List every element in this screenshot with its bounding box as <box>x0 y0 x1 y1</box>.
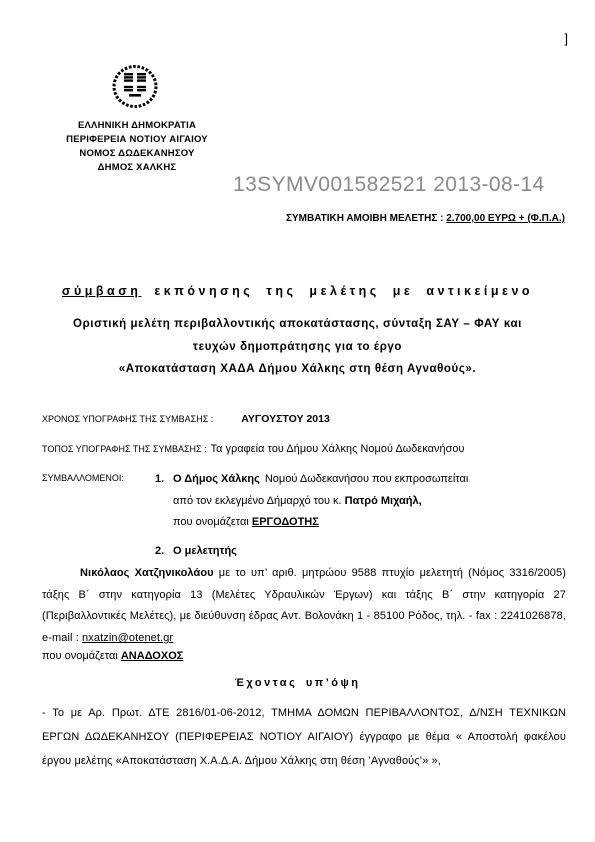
employer-line1-rest: Νομού Δωδεκανήσου που εκπροσωπείται <box>265 473 468 485</box>
title-rest: εκπόνησης της μελέτης με αντικείμενο <box>141 284 533 298</box>
contractor-term: ΑΝΑΔΟΧΟΣ <box>121 650 184 662</box>
signing-place-row: ΤΟΠΟΣ ΥΠΟΓΡΑΦΗΣ ΤΗΣ ΣΥΜΒΑΣΗΣ :Τα γραφεία… <box>42 443 465 455</box>
employer-name: Ο Δήμος Χάλκης <box>173 473 260 485</box>
contractor-term-pre: που ονομάζεται <box>42 650 121 662</box>
email-link[interactable]: nxatzin@otenet.gr <box>82 632 173 644</box>
subtitle-line-1: Οριστική μελέτη περιβαλλοντικής αποκατάσ… <box>25 313 570 336</box>
signing-place-value: Τα γραφεία του Δήμου Χάλκης Νομού Δωδεκα… <box>211 443 465 455</box>
party-employer-line-3: που ονομάζεται ΕΡΓΟΔΟΤΗΣ <box>173 512 468 534</box>
reference-paragraph: - Το με Αρ. Πρωτ. ΔΤΕ 2816/01-06-2012, Τ… <box>42 701 566 773</box>
agency-line-republic: ΕΛΛΗΝΙΚΗ ΔΗΜΟΚΡΑΤΙΑ <box>37 119 237 133</box>
agency-line-region: ΠΕΡΙΦΕΡΕΙΑ ΝΟΤΙΟΥ ΑΙΓΑΙΟΥ <box>37 133 237 147</box>
title-keyword: σύμβαση <box>62 284 141 298</box>
having-in-mind-heading: Έχοντας υπ’όψη <box>0 677 595 689</box>
mayor-line-pre: από τον εκλεγμένο Δήμαρχό του κ. <box>173 495 345 507</box>
signing-place-label: ΤΟΠΟΣ ΥΠΟΓΡΑΦΗΣ ΤΗΣ ΣΥΜΒΑΣΗΣ : <box>42 444 207 454</box>
employer-term-pre: που ονομάζεται <box>173 516 252 528</box>
signing-time-value: ΑΥΓΟΥΣΤΟΥ 2013 <box>241 413 330 425</box>
party-item-employer: 1. Ο Δήμος ΧάλκηςΝομού Δωδεκανήσου που ε… <box>155 469 560 534</box>
document-page: ] ΕΛΛΗΝΙΚΗ ΔΗΜΟΚΡΑΤΙΑ ΠΕΡΙΦΕΡΕΙΑ ΝΟΤΙΟΥ … <box>0 0 595 842</box>
fee-label: ΣΥΜΒΑΤΙΚΗ ΑΜΟΙΒΗ ΜΕΛΕΤΗΣ : <box>286 213 446 224</box>
employer-term: ΕΡΓΟΔΟΤΗΣ <box>252 516 319 528</box>
agency-line-prefecture: ΝΟΜΟΣ ΔΩΔΕΚΑΝΗΣΟΥ <box>37 147 237 161</box>
parties-label: ΣΥΜΒΑΛΛΟΜΕΝΟΙ: <box>42 473 124 483</box>
fee-line: ΣΥΜΒΑΤΙΚΗ ΑΜΟΙΒΗ ΜΕΛΕΤΗΣ : 2.700,00 ΕΥΡΩ… <box>286 213 565 224</box>
fee-value: 2.700,00 ΕΥΡΩ + (Φ.Π.Α.) <box>446 213 565 224</box>
contract-title: σύμβαση εκπόνησης της μελέτης με αντικεί… <box>0 284 595 298</box>
subtitle-line-2: τευχών δημοπράτησης για το έργο <box>25 336 570 359</box>
party-employer-line-1: Ο Δήμος ΧάλκηςΝομού Δωδεκανήσου που εκπρ… <box>173 469 468 491</box>
subtitle-line-3: «Αποκατάσταση ΧΑΔΑ Δήμου Χάλκης στη θέση… <box>25 358 570 381</box>
contractor-designation-line: που ονομάζεται ΑΝΑΔΟΧΟΣ <box>42 650 183 662</box>
signing-time-row: ΧΡΟΝΟΣ ΥΠΟΓΡΑΦΗΣ ΤΗΣ ΣΥΜΒΑΣΗΣ :ΑΥΓΟΥΣΤΟΥ… <box>42 413 330 425</box>
greek-republic-emblem-icon <box>111 64 159 110</box>
agency-block: ΕΛΛΗΝΙΚΗ ΔΗΜΟΚΡΑΤΙΑ ΠΕΡΙΦΕΡΕΙΑ ΝΟΤΙΟΥ ΑΙ… <box>37 119 237 175</box>
party-number-2: 2. <box>155 541 173 563</box>
party-employer-line-2: από τον εκλεγμένο Δήμαρχό του κ. Πατρό Μ… <box>173 491 468 513</box>
consultant-role-title: Ο μελετητής <box>173 541 237 563</box>
party-employer-text: Ο Δήμος ΧάλκηςΝομού Δωδεκανήσου που εκπρ… <box>173 469 468 534</box>
consultant-name: Νικόλαος Χατζηνικολάου <box>80 567 214 579</box>
corner-bracket-mark: ] <box>564 31 568 46</box>
signing-time-label: ΧΡΟΝΟΣ ΥΠΟΓΡΑΦΗΣ ΤΗΣ ΣΥΜΒΑΣΗΣ : <box>42 414 213 424</box>
consultant-paragraph: Νικόλαος Χατζηνικολάου με το υπ’ αριθ. μ… <box>42 563 566 650</box>
agency-line-municipality: ΔΗΜΟΣ ΧΑΛΚΗΣ <box>37 161 237 175</box>
contract-subtitle: Οριστική μελέτη περιβαλλοντικής αποκατάσ… <box>25 313 570 381</box>
mayor-name: Πατρό Μιχαήλ, <box>345 495 422 507</box>
party-number-1: 1. <box>155 469 173 534</box>
registry-id: 13SYMV001582521 2013-08-14 <box>233 173 545 197</box>
party-item-consultant: 2. Ο μελετητής <box>155 541 237 563</box>
